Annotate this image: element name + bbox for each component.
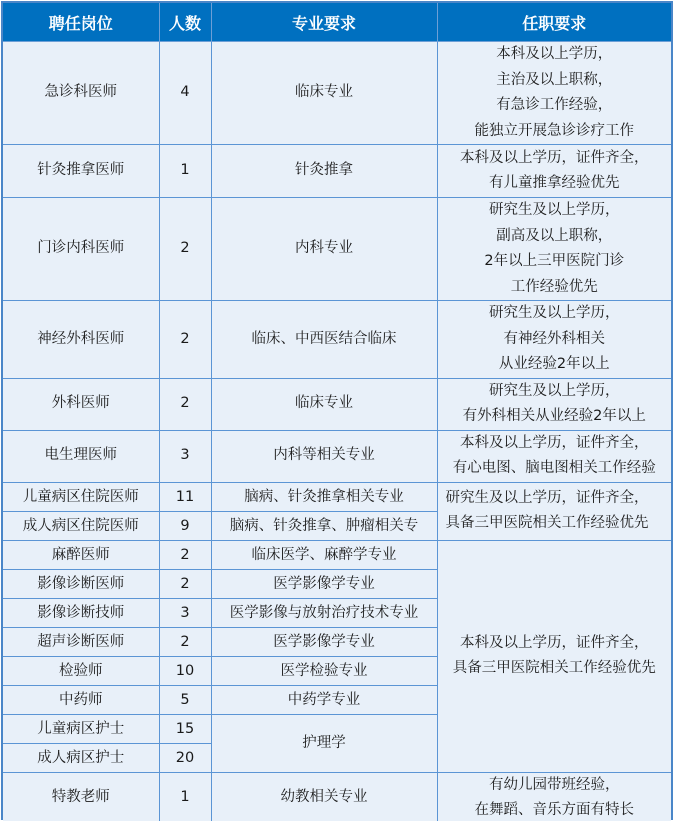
cell-position: 超声诊断医师 — [3, 627, 159, 656]
cell-major: 临床专业 — [211, 378, 437, 430]
cell-count: 3 — [159, 430, 211, 482]
requirement-line: 2年以上三甲医院门诊 — [440, 249, 670, 275]
cell-position: 影像诊断技师 — [3, 598, 159, 627]
table-row: 特教老师 1 幼教相关专业 有幼儿园带班经验， 在舞蹈、音乐方面有特长 — [3, 772, 671, 821]
requirement-line: 研究生及以上学历， — [440, 301, 670, 327]
requirement-line: 具备三甲医院相关工作经验优先 — [440, 656, 670, 682]
cell-position: 针灸推拿医师 — [3, 145, 159, 198]
requirement-line: 有外科相关从业经验2年以上 — [440, 404, 670, 430]
cell-major: 临床专业 — [211, 42, 437, 145]
requirement-line: 有神经外科相关 — [440, 327, 670, 353]
cell-requirements: 本科及以上学历，证件齐全， 有儿童推拿经验优先 — [437, 145, 671, 198]
cell-count: 3 — [159, 598, 211, 627]
cell-requirements-merged-residents: 研究生及以上学历，证件齐全， 具备三甲医院相关工作经验优先 — [437, 482, 671, 540]
table-row: 电生理医师 3 内科等相关专业 本科及以上学历，证件齐全， 有心电图、脑电图相关… — [3, 430, 671, 482]
cell-position: 电生理医师 — [3, 430, 159, 482]
cell-major: 针灸推拿 — [211, 145, 437, 198]
cell-count: 11 — [159, 482, 211, 511]
cell-position: 儿童病区住院医师 — [3, 482, 159, 511]
cell-count: 1 — [159, 145, 211, 198]
cell-position: 中药师 — [3, 685, 159, 714]
table-header-row: 聘任岗位 人数 专业要求 任职要求 — [3, 3, 671, 42]
cell-requirements: 有幼儿园带班经验， 在舞蹈、音乐方面有特长 — [437, 772, 671, 821]
cell-count: 1 — [159, 772, 211, 821]
requirement-line: 研究生及以上学历，证件齐全， — [446, 486, 670, 512]
cell-position: 影像诊断医师 — [3, 569, 159, 598]
requirement-line: 本科及以上学历， — [440, 42, 670, 68]
cell-count: 2 — [159, 540, 211, 569]
cell-major: 临床、中西医结合临床 — [211, 301, 437, 379]
cell-major-merged-nursing: 护理学 — [211, 714, 437, 772]
cell-major: 医学影像学专业 — [211, 627, 437, 656]
recruitment-table: 聘任岗位 人数 专业要求 任职要求 急诊科医师 4 临床专业 本科及以上学历， … — [3, 3, 671, 821]
requirement-line: 具备三甲医院相关工作经验优先 — [446, 511, 670, 537]
requirement-line: 研究生及以上学历， — [440, 198, 670, 224]
cell-major: 医学检验专业 — [211, 656, 437, 685]
cell-count: 15 — [159, 714, 211, 743]
header-major: 专业要求 — [211, 3, 437, 42]
cell-count: 9 — [159, 511, 211, 540]
table-row: 神经外科医师 2 临床、中西医结合临床 研究生及以上学历， 有神经外科相关 从业… — [3, 301, 671, 379]
cell-position: 外科医师 — [3, 378, 159, 430]
cell-major: 中药学专业 — [211, 685, 437, 714]
cell-requirements: 研究生及以上学历， 副高及以上职称， 2年以上三甲医院门诊 工作经验优先 — [437, 198, 671, 301]
cell-major: 医学影像与放射治疗技术专业 — [211, 598, 437, 627]
requirement-line: 在舞蹈、音乐方面有特长 — [440, 798, 670, 821]
cell-position: 神经外科医师 — [3, 301, 159, 379]
cell-position: 检验师 — [3, 656, 159, 685]
cell-requirements-merged-medtech: 本科及以上学历，证件齐全， 具备三甲医院相关工作经验优先 — [437, 540, 671, 772]
cell-count: 4 — [159, 42, 211, 145]
cell-count: 20 — [159, 743, 211, 772]
cell-count: 5 — [159, 685, 211, 714]
requirement-line: 有急诊工作经验， — [440, 93, 670, 119]
requirement-line: 有幼儿园带班经验， — [440, 773, 670, 799]
table-row: 外科医师 2 临床专业 研究生及以上学历， 有外科相关从业经验2年以上 — [3, 378, 671, 430]
cell-position: 门诊内科医师 — [3, 198, 159, 301]
requirement-line: 能独立开展急诊诊疗工作 — [440, 119, 670, 145]
header-count: 人数 — [159, 3, 211, 42]
table-row: 儿童病区住院医师 11 脑病、针灸推拿相关专业 研究生及以上学历，证件齐全， 具… — [3, 482, 671, 511]
requirement-line: 有儿童推拿经验优先 — [440, 171, 670, 197]
cell-position: 儿童病区护士 — [3, 714, 159, 743]
cell-major: 幼教相关专业 — [211, 772, 437, 821]
cell-count: 2 — [159, 301, 211, 379]
cell-requirements: 研究生及以上学历， 有神经外科相关 从业经验2年以上 — [437, 301, 671, 379]
cell-position: 特教老师 — [3, 772, 159, 821]
header-position: 聘任岗位 — [3, 3, 159, 42]
requirement-line: 研究生及以上学历， — [440, 379, 670, 405]
table-row: 麻醉医师 2 临床医学、麻醉学专业 本科及以上学历，证件齐全， 具备三甲医院相关… — [3, 540, 671, 569]
requirement-line: 本科及以上学历，证件齐全， — [440, 631, 670, 657]
table-row: 急诊科医师 4 临床专业 本科及以上学历， 主治及以上职称， 有急诊工作经验， … — [3, 42, 671, 145]
cell-position: 成人病区住院医师 — [3, 511, 159, 540]
cell-count: 2 — [159, 627, 211, 656]
cell-requirements: 本科及以上学历， 主治及以上职称， 有急诊工作经验， 能独立开展急诊诊疗工作 — [437, 42, 671, 145]
cell-major: 脑病、针灸推拿相关专业 — [211, 482, 437, 511]
cell-major: 医学影像学专业 — [211, 569, 437, 598]
cell-major: 内科专业 — [211, 198, 437, 301]
cell-position: 成人病区护士 — [3, 743, 159, 772]
requirement-line: 本科及以上学历，证件齐全， — [440, 431, 670, 457]
cell-count: 2 — [159, 378, 211, 430]
cell-count: 10 — [159, 656, 211, 685]
table-row: 针灸推拿医师 1 针灸推拿 本科及以上学历，证件齐全， 有儿童推拿经验优先 — [3, 145, 671, 198]
cell-major: 内科等相关专业 — [211, 430, 437, 482]
cell-position: 急诊科医师 — [3, 42, 159, 145]
requirement-line: 副高及以上职称， — [440, 224, 670, 250]
requirement-line: 从业经验2年以上 — [440, 352, 670, 378]
requirement-line: 主治及以上职称， — [440, 68, 670, 94]
header-requirements: 任职要求 — [437, 3, 671, 42]
cell-major: 脑病、针灸推拿、肿瘤相关专 — [211, 511, 437, 540]
cell-count: 2 — [159, 198, 211, 301]
cell-requirements: 研究生及以上学历， 有外科相关从业经验2年以上 — [437, 378, 671, 430]
requirement-line: 有心电图、脑电图相关工作经验 — [440, 456, 670, 482]
cell-major: 临床医学、麻醉学专业 — [211, 540, 437, 569]
requirement-line: 本科及以上学历，证件齐全， — [440, 146, 670, 172]
table-row: 门诊内科医师 2 内科专业 研究生及以上学历， 副高及以上职称， 2年以上三甲医… — [3, 198, 671, 301]
cell-requirements: 本科及以上学历，证件齐全， 有心电图、脑电图相关工作经验 — [437, 430, 671, 482]
cell-position: 麻醉医师 — [3, 540, 159, 569]
cell-count: 2 — [159, 569, 211, 598]
requirement-line: 工作经验优先 — [440, 275, 670, 301]
